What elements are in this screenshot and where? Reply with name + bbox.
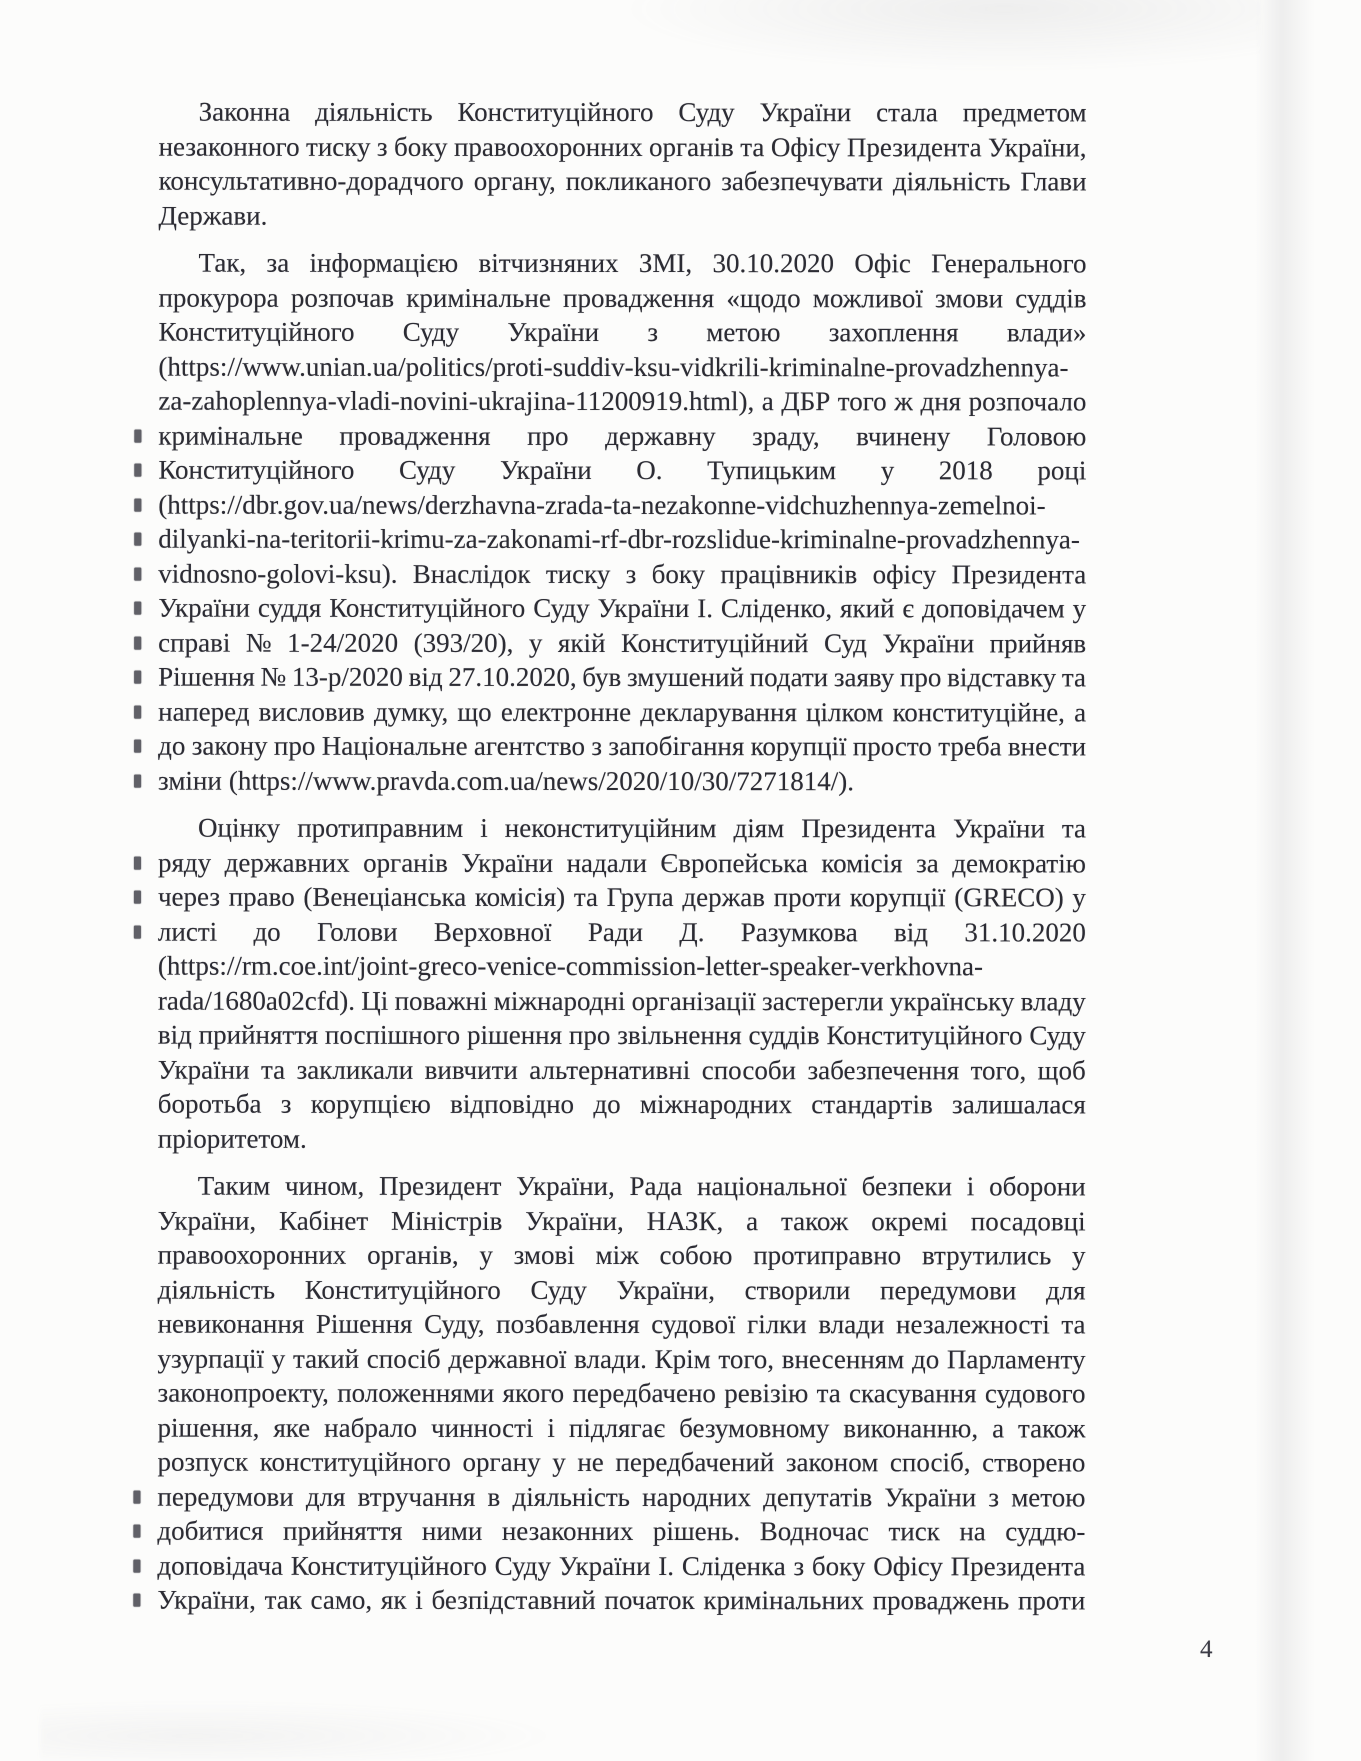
- paragraph: Такимчином,ПрезидентУкраїни,Раданаціонал…: [157, 1169, 1085, 1618]
- text-line: добитисяприйняттяниминезаконнихрішень.Во…: [157, 1514, 1085, 1549]
- text-line: КонституційногоСудуУкраїнизметоюзахоплен…: [158, 315, 1086, 350]
- text-line: зміни(https://www.pravda.com.ua/news/202…: [158, 763, 1086, 798]
- page-number: 4: [1200, 1636, 1213, 1664]
- text-line: незаконноготискузбокуправоохороннихорган…: [159, 129, 1087, 164]
- text-line: України,таксамо,якібезпідставнийпочатокк…: [157, 1583, 1085, 1618]
- text-line: листідоГоловиВерховноїРадиД.Разумковавід…: [158, 914, 1086, 949]
- text-line: КонституційногоСудуУкраїниО.Тупицькиму20…: [158, 453, 1086, 488]
- text-line: rada/1680a02cfd).Ціповажніміжнародніорга…: [158, 983, 1086, 1018]
- text-line: передумовидлявтручаннявдіяльністьнародни…: [157, 1479, 1085, 1514]
- paragraph: ЗаконнадіяльністьКонституційногоСудуУкра…: [159, 95, 1087, 234]
- text-line: ЗаконнадіяльністьКонституційногоСудуУкра…: [159, 95, 1087, 130]
- text-line: vidnosno-golovi-ksu).Внаслідоктискузбоку…: [158, 556, 1086, 591]
- scan-smudge-artifact: [620, 0, 1260, 72]
- text-line: дозаконупроНаціональнеагентствоззапобіга…: [158, 729, 1086, 764]
- text-line: (https://www.unian.ua/politics/proti-sud…: [158, 349, 1086, 384]
- text-line: консультативно-дорадчогооргану,покликано…: [159, 164, 1087, 199]
- text-line: доповідачаКонституційногоСудуУкраїниІ.Сл…: [157, 1548, 1085, 1583]
- scan-smudge-artifact: [40, 1700, 560, 1760]
- text-line: za-zahoplennya-vladi-novini-ukrajina-112…: [158, 384, 1086, 419]
- text-line: Так,заінформацієювітчизнянихЗМІ,30.10.20…: [159, 246, 1087, 281]
- text-line: (https://dbr.gov.ua/news/derzhavna-zrada…: [158, 487, 1086, 522]
- scan-streak-artifact: [1255, 0, 1315, 1761]
- document-page: ЗаконнадіяльністьКонституційногоСудуУкра…: [0, 0, 1361, 1761]
- text-line: напередвисловивдумку,щоелектроннедеклару…: [158, 694, 1086, 729]
- paragraph: ОцінкупротиправнимінеконституційнимдіямП…: [158, 811, 1086, 1157]
- text-line: dilyanki-na-teritorii-krimu-za-zakonami-…: [158, 522, 1086, 557]
- document-text: ЗаконнадіяльністьКонституційногоСудуУкра…: [157, 95, 1086, 1618]
- text-line: черезправо(Венеціанськакомісія)таГрупаде…: [158, 880, 1086, 915]
- paragraph: Так,заінформацієювітчизнянихЗМІ,30.10.20…: [158, 246, 1086, 799]
- text-line: України,КабінетМіністрівУкраїни,НАЗК,ата…: [158, 1203, 1086, 1238]
- text-line: правоохороннихорганів,узмовіміжсобоюпрот…: [158, 1238, 1086, 1273]
- text-line: відприйняттяпоспішногорішенняпрозвільнен…: [158, 1018, 1086, 1053]
- text-line: діяльністьКонституційногоСудуУкраїни,ств…: [158, 1272, 1086, 1307]
- text-line: рядудержавнихорганівУкраїнинадалиЄвропей…: [158, 845, 1086, 880]
- text-line: рішення,якенабралочинностііпідлягаєбезум…: [157, 1410, 1085, 1445]
- text-line: (https://rm.coe.int/joint-greco-venice-c…: [158, 949, 1086, 984]
- text-line: справі№1-24/2020(393/20),уякійКонституці…: [158, 625, 1086, 660]
- text-line: невиконанняРішенняСуду,позбавленнясудово…: [158, 1307, 1086, 1342]
- text-line: законопроекту,положеннямиякогопередбачен…: [158, 1376, 1086, 1411]
- text-line: Такимчином,ПрезидентУкраїни,Раданаціонал…: [158, 1169, 1086, 1204]
- text-line: Рішення№13-р/2020від27.10.2020,бувзмушен…: [158, 660, 1086, 695]
- text-line: Держави.: [159, 198, 1087, 233]
- text-line: пріоритетом.: [158, 1121, 1086, 1156]
- text-line: Українитазакликалививчитиальтернативнісп…: [158, 1052, 1086, 1087]
- text-line: кримінальнепровадженняпродержавнузраду,в…: [158, 418, 1086, 453]
- text-line: боротьбазкорупцієювідповіднодоміжнародни…: [158, 1087, 1086, 1122]
- text-line: узурпаціїутакийспосібдержавноївлади.Крім…: [158, 1341, 1086, 1376]
- text-line: УкраїнисуддяКонституційногоСудуУкраїниІ.…: [158, 591, 1086, 626]
- text-line: прокурорарозпочавкримінальнепровадження«…: [158, 280, 1086, 315]
- text-line: розпускконституційногооргануунепередбаче…: [157, 1445, 1085, 1480]
- text-line: ОцінкупротиправнимінеконституційнимдіямП…: [158, 811, 1086, 846]
